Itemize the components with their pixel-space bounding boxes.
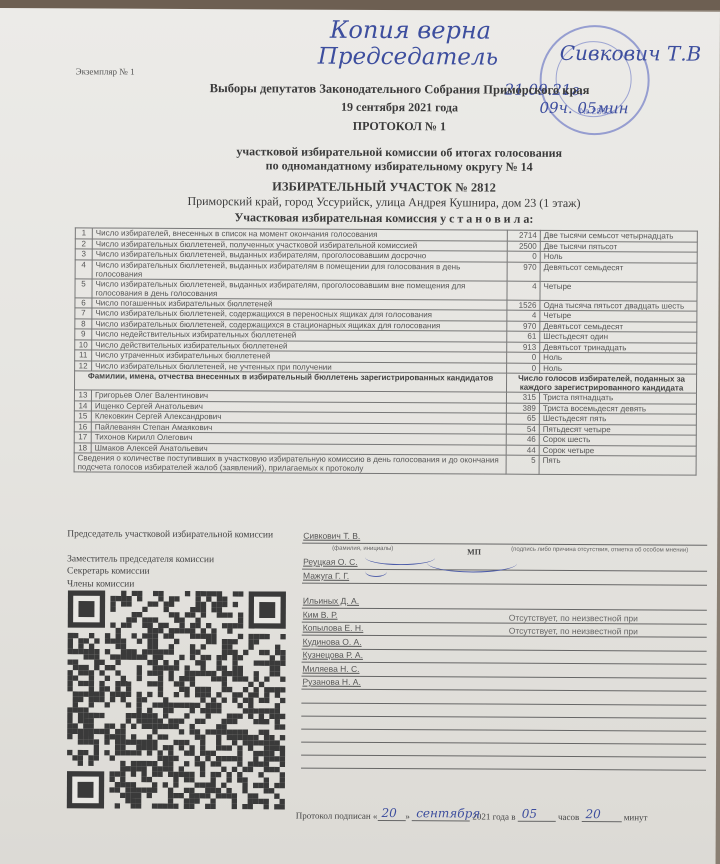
row-value: 2714 (507, 230, 540, 241)
signature-line (301, 715, 706, 718)
signed-prefix: Протокол подписан (296, 811, 371, 821)
qr-code (66, 590, 287, 809)
complaints-value: 5 (506, 455, 539, 474)
row-value: 54 (506, 424, 539, 435)
candidates-header-right: Число голосов избирателей, поданных за к… (506, 373, 696, 393)
signed-month: сентября (416, 806, 480, 820)
row-number: 13 (74, 390, 91, 401)
certification-line-1: Копия верна (330, 16, 491, 45)
row-number: 18 (74, 442, 91, 453)
row-number: 7 (75, 308, 92, 319)
candidates-header-left: Фамилии, имена, отчества внесенных в изб… (75, 371, 507, 392)
row-number: 16 (74, 421, 91, 432)
member-absence-note: Отсутствует, по неизвестной при (509, 626, 638, 637)
row-value: 913 (507, 342, 540, 353)
row-value: 0 (507, 363, 540, 374)
signature-line (301, 702, 706, 705)
member-name: Ильиных Д. А. (303, 596, 359, 606)
certification-chair-name: Сивкович Т.В (560, 41, 702, 66)
signature-line (301, 754, 706, 757)
row-value-words: Шестьдесят пять (539, 413, 696, 424)
row-value: 2500 (507, 241, 540, 252)
signed-minutes: 20 (585, 807, 600, 821)
row-value-words: Девятьсот тринадцать (540, 342, 697, 353)
member-name: Кудинова О. А. (303, 636, 362, 646)
commission-line-2-text: по одномандатному избирательному округу … (266, 158, 533, 173)
complaints-label: Сведения о количестве поступивших в учас… (74, 453, 506, 474)
complaints-words: Пять (539, 455, 696, 475)
precinct-title-text: ИЗБИРАТЕЛЬНЫЙ УЧАСТОК № 2812 (272, 179, 496, 194)
table-row: 5Число избирательных бюллетеней, выданны… (75, 278, 697, 300)
row-value-words: Девятьсот семьдесят (540, 321, 697, 332)
signed-hours-field: 05 (518, 809, 556, 822)
row-value: 1526 (507, 300, 540, 311)
row-value: 65 (506, 413, 539, 424)
signature-line (302, 635, 707, 638)
row-value-words: Ноль (540, 352, 697, 363)
protocol-title-text: ПРОТОКОЛ № 1 (353, 119, 446, 133)
signed-day: 20 (381, 806, 396, 820)
row-number: 4 (75, 259, 92, 278)
row-number: 8 (75, 318, 92, 329)
member-name: Кузнецова Р. А. (303, 650, 363, 660)
row-number: 10 (75, 339, 92, 350)
row-value-words: Четыре (540, 281, 697, 301)
chair-label: Председатель участковой избирательной ко… (67, 529, 273, 540)
member-absence-note: Отсутствует, по неизвестной при (509, 612, 638, 623)
member-name: Рузанова Н. А. (302, 677, 360, 687)
signed-month-field: сентября (412, 808, 470, 821)
row-value: 315 (506, 392, 539, 403)
established-heading: Участковая избирательная комиссия у с т … (0, 209, 719, 228)
row-number: 11 (75, 350, 92, 361)
established-heading-text: Участковая избирательная комиссия у с т … (234, 210, 533, 226)
row-number: 2 (75, 238, 92, 249)
row-number: 1 (75, 228, 92, 239)
row-value-words: Ноль (540, 251, 697, 262)
row-value-words: Шестьдесят один (540, 331, 697, 342)
row-number: 17 (74, 432, 91, 443)
signature-line (302, 662, 707, 665)
handwritten-signature (427, 553, 517, 572)
certification-line-2: Председатель (318, 44, 498, 71)
row-value-words: Две тысячи пятьсот (540, 241, 697, 252)
row-number: 14 (74, 400, 91, 411)
row-value-words: Триста восемьдесят девять (539, 403, 696, 414)
row-value-words: Две тысячи семьсот четырнадцать (540, 230, 697, 241)
row-value: 0 (507, 352, 540, 363)
protocol-signed-line: Протокол подписан «20» сентября 2021 год… (296, 808, 648, 823)
row-number: 12 (75, 360, 92, 371)
secretary-label: Секретарь комиссии (67, 566, 150, 576)
member-name: Ким В. Р. (303, 609, 338, 619)
copy-number: Экземпляр № 1 (76, 66, 135, 76)
member-name: Копылова Е. Н. (303, 623, 364, 633)
commission-line-2: по одномандатному избирательному округу … (0, 157, 719, 176)
election-date: 19 сентября 2021 года (0, 98, 720, 117)
row-value-words: Сорок шесть (539, 434, 696, 445)
protocol-document: № 2812 Копия верна Председатель Сивкович… (0, 8, 720, 864)
secretary-name: Мажуга Г. Г. (303, 571, 349, 581)
row-label: Число избирательных бюллетеней, выданных… (92, 259, 507, 280)
row-number: 3 (75, 249, 92, 260)
signed-minutes-field: 20 (581, 809, 621, 822)
row-label: Число избирательных бюллетеней, выданных… (92, 278, 507, 299)
signature-line (302, 675, 707, 678)
signed-hours: 05 (522, 807, 537, 821)
row-value: 44 (506, 445, 539, 456)
protocol-title: ПРОТОКОЛ № 1 (0, 117, 719, 136)
row-value-words: Девятьсот семьдесят (540, 262, 697, 282)
chair-name: Сивкович Т. В. (303, 531, 360, 541)
signature-line (301, 767, 706, 770)
handwritten-signature (365, 566, 387, 577)
handwritten-signature (365, 550, 435, 565)
signature-line (301, 741, 706, 744)
row-value: 61 (507, 331, 540, 342)
precinct-address-text: Приморский край, город Уссурийск, улица … (187, 194, 580, 210)
signature-line (301, 689, 706, 692)
signature-hint: (подпись либо причина отсутствия, отметк… (511, 547, 688, 554)
hours-label: часов (558, 812, 579, 822)
minutes-label: минут (624, 812, 648, 822)
row-value-words: Ноль (540, 363, 697, 374)
signature-line (302, 583, 707, 586)
row-value-words: Триста пятнадцать (539, 392, 696, 403)
row-value: 4 (507, 310, 540, 321)
row-value-words: Пятьдесят четыре (539, 424, 696, 435)
row-value: 4 (507, 281, 540, 300)
row-value: 970 (507, 262, 540, 281)
row-number: 6 (75, 297, 92, 308)
row-value-words: Сорок четыре (539, 445, 696, 456)
row-number: 9 (75, 329, 92, 340)
row-number: 15 (74, 411, 91, 422)
signed-day-field: 20 (377, 808, 405, 821)
row-value-words: Четыре (540, 310, 697, 321)
election-title: Выборы депутатов Законодательного Собран… (0, 80, 720, 99)
row-number: 5 (75, 278, 92, 297)
complaints-row: Сведения о количестве поступивших в учас… (74, 453, 696, 475)
deputy-name: Реуцкая О. С. (303, 557, 358, 567)
row-value: 46 (506, 434, 539, 445)
members-label: Члены комиссии (67, 579, 134, 589)
signature-line (302, 608, 707, 611)
deputy-label: Заместитель председателя комиссии (67, 554, 214, 565)
row-value: 970 (507, 321, 540, 332)
election-title-text: Выборы депутатов Законодательного Собран… (210, 81, 590, 97)
results-table: 1Число избирателей, внесенных в список н… (74, 227, 698, 475)
election-date-text: 19 сентября 2021 года (341, 100, 458, 115)
row-value: 0 (507, 251, 540, 262)
member-name: Миляева Н. С. (303, 663, 360, 673)
row-value-words: Одна тысяча пятьсот двадцать шесть (540, 300, 697, 311)
row-value: 389 (506, 403, 539, 414)
signature-line (301, 728, 706, 731)
